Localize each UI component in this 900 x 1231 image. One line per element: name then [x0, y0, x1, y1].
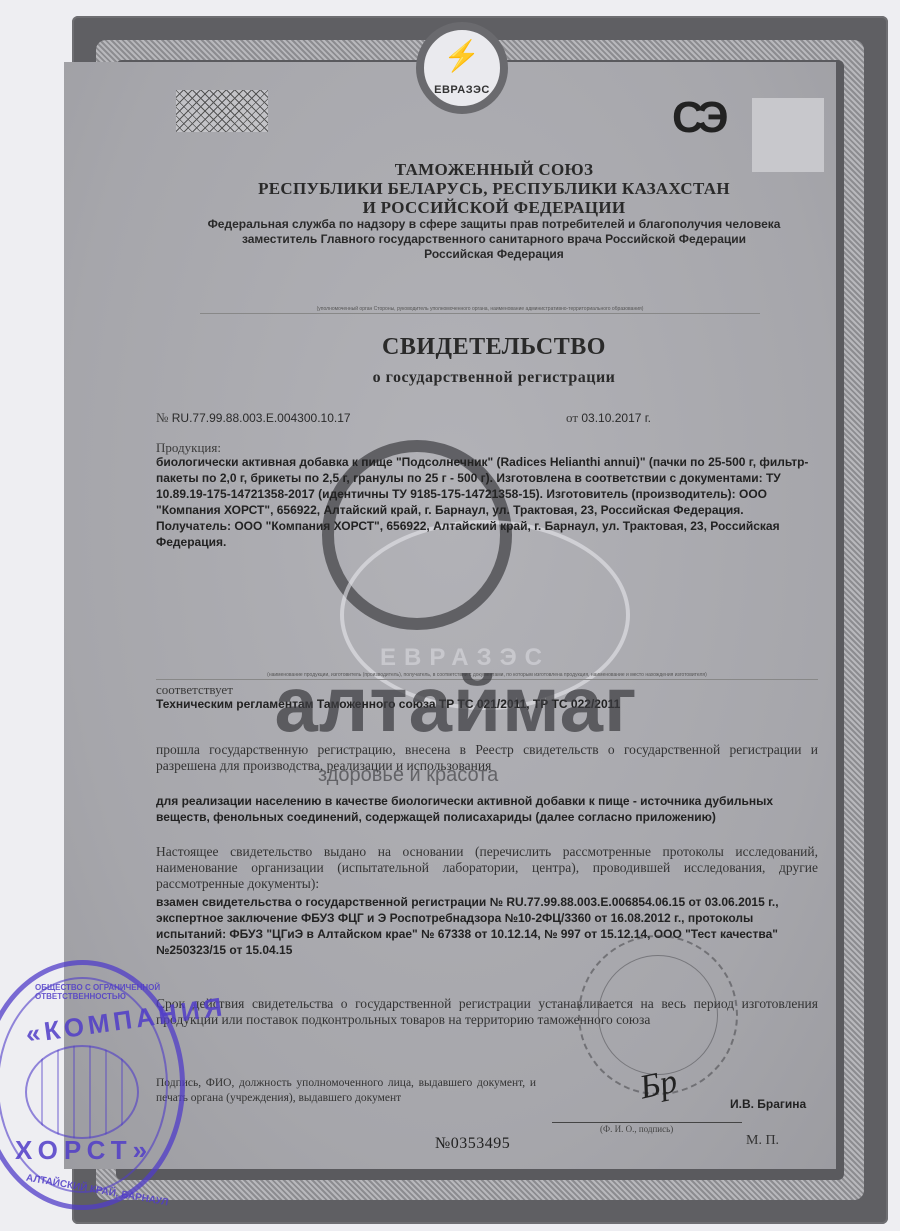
validity-statement: Срок действия свидетельства о государств…	[156, 996, 818, 1028]
header-line-2: РЕСПУБЛИКИ БЕЛАРУСЬ, РЕСПУБЛИКИ КАЗАХСТА…	[156, 179, 832, 198]
issuing-official: заместитель Главного государственного са…	[156, 232, 832, 247]
company-stamp-middle: ХОРСТ»	[15, 1135, 153, 1166]
basis-documents: взамен свидетельства о государственной р…	[156, 894, 818, 958]
registration-number: № RU.77.99.88.003.E.004300.10.17	[156, 410, 351, 426]
watermark-brand: алтаймаг	[176, 665, 736, 743]
issuer-header: ТАМОЖЕННЫЙ СОЮЗ РЕСПУБЛИКИ БЕЛАРУСЬ, РЕС…	[156, 160, 832, 262]
issuing-country: Российская Федерация	[156, 247, 832, 262]
header-line-1: ТАМОЖЕННЫЙ СОЮЗ	[156, 160, 832, 179]
signer-name: И.В. Брагина	[730, 1097, 806, 1111]
issuer-caption: (уполномоченный орган Стороны, руководит…	[200, 306, 760, 314]
seal-place-label: М. П.	[746, 1133, 779, 1149]
emblem-label: ЕВРАЗЭС	[434, 84, 490, 96]
document-title: СВИДЕТЕЛЬСТВО	[156, 334, 832, 361]
watermark-tagline: здоровье и красота	[318, 764, 498, 787]
document-subtitle: о государственной регистрации	[156, 369, 832, 387]
registration-usage: для реализации населению в качестве биол…	[156, 793, 818, 825]
eurasec-emblem: ⚡ ЕВРАЗЭС	[416, 22, 508, 114]
security-lattice-pattern	[176, 90, 268, 132]
signature-note: Подпись, ФИО, должность уполномоченного …	[156, 1076, 536, 1106]
signature: Бр	[636, 1063, 680, 1108]
issuing-agency: Федеральная служба по надзору в сфере за…	[156, 217, 832, 232]
se-conformity-mark-icon: СЭ	[672, 96, 723, 140]
product-label: Продукция:	[156, 442, 818, 454]
signature-rule	[552, 1122, 742, 1123]
header-line-3: И РОССИЙСКОЙ ФЕДЕРАЦИИ	[156, 198, 832, 217]
eurasec-emblem-icon: ⚡	[424, 34, 500, 80]
document-title-block: СВИДЕТЕЛЬСТВО о государственной регистра…	[156, 334, 832, 387]
product-section: Продукция: биологически активная добавка…	[156, 442, 818, 550]
globe-icon	[25, 1045, 139, 1139]
form-serial-number: №0353495	[435, 1135, 510, 1153]
product-description: биологически активная добавка к пище "По…	[156, 454, 818, 550]
registration-date: от 03.10.2017 г.	[566, 410, 651, 426]
company-stamp-arc: ОБЩЕСТВО С ОГРАНИЧЕННОЙ ОТВЕТСТВЕННОСТЬЮ	[35, 983, 180, 1001]
basis-label: Настоящее свидетельство выдано на основа…	[156, 844, 818, 892]
signature-caption: (Ф. И. О., подпись)	[600, 1124, 673, 1134]
